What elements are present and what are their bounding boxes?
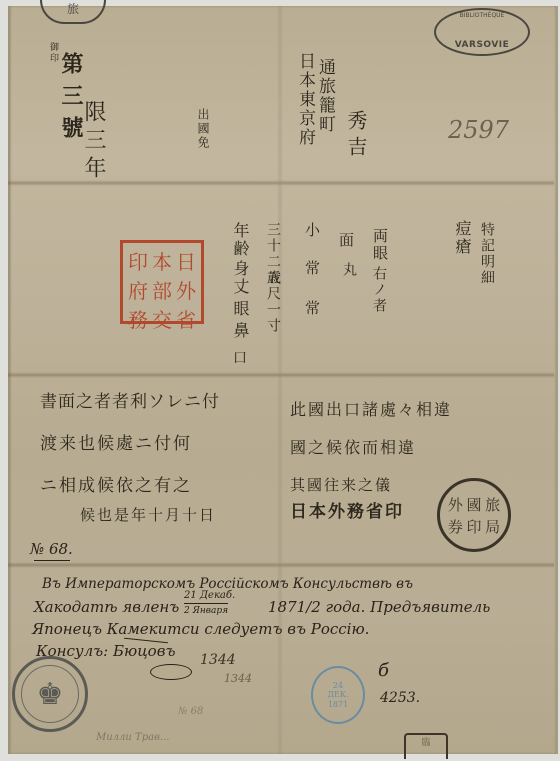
endorsement-line-3: Японецъ Камекитси следуетъ въ Россію.	[32, 620, 369, 638]
ink-number: 4253.	[380, 690, 420, 706]
age-label: 年齢	[232, 222, 248, 258]
library-oval-stamp: BIBLIOTHÈQUE VARSOVIE	[434, 8, 530, 56]
seal-char: 券	[446, 516, 465, 537]
box-stamp-text: 臨	[421, 738, 430, 748]
fold-line	[277, 6, 283, 754]
passport-number: 第三號	[60, 52, 82, 148]
double-headed-eagle-icon: ♚	[37, 677, 64, 712]
seal-char: 外	[174, 275, 198, 304]
validity-limit: 限三年	[82, 100, 104, 184]
seal-char: 務	[126, 304, 150, 333]
pencil-number-2: 1344	[224, 672, 252, 685]
mouth-value: 常	[304, 300, 319, 317]
body-line-7: 其國往来之儀	[290, 478, 392, 493]
date-fraction-bar	[184, 603, 228, 604]
height-label: 身丈	[232, 260, 248, 296]
endorsement-year: 1871/2 года. Предъявитель	[268, 598, 490, 616]
imperial-eagle-seal: ♚	[12, 656, 88, 732]
ink-mark: б	[378, 660, 389, 681]
seal-char: 旅	[483, 494, 502, 515]
oval-stamp-top-text: BIBLIOTHÈQUE	[436, 12, 528, 19]
address-line-2: 通旅籠町	[316, 58, 333, 134]
date-old-style: 21 Декаб.	[184, 590, 235, 601]
body-line-3: ニ相成候依之有之	[40, 478, 192, 495]
postmark-month: ДЕК.	[313, 690, 363, 700]
archive-number: 2597	[448, 116, 509, 144]
body-line-2: 渡来也候處ニ付何	[40, 436, 192, 453]
origin-text: 出國免	[197, 108, 209, 150]
seal-char: 外	[446, 494, 465, 515]
face-value: 丸	[342, 262, 356, 278]
seal-char: 印	[126, 246, 150, 275]
eye-note: 両眼	[372, 228, 387, 262]
mouth-label: 口	[232, 350, 246, 366]
seal-char: 本	[150, 246, 174, 275]
seal-char: 局	[483, 516, 502, 537]
remarks-line-2: 痘瘡	[454, 220, 470, 256]
eyes-label: 眼	[232, 300, 248, 318]
endorsement-line-2: Хакодатѣ явленъ	[34, 598, 179, 616]
seal-char: 省	[174, 304, 198, 333]
remarks-line-1: 右ノ者	[372, 266, 386, 314]
faint-mark: № 68	[178, 706, 203, 717]
oval-stamp-bottom-text: VARSOVIE	[436, 40, 528, 50]
address-line-1: 日本東京府	[296, 52, 313, 147]
seal-char: 國	[465, 494, 484, 515]
eyes-value: 小	[304, 222, 319, 241]
face-label: 面	[338, 232, 353, 249]
remarks-line-3: 特記明細	[480, 222, 494, 286]
body-line-5: 此國出口諸處々相違	[290, 402, 452, 418]
header-annotation: 御印	[48, 42, 57, 64]
postmark-day: 24	[313, 681, 363, 691]
passport-office-round-seal: 外 國 旅 券 印 局	[437, 478, 511, 552]
nose-label: 鼻	[232, 322, 248, 340]
height-value: 五尺一寸	[266, 270, 280, 334]
number-underline	[34, 560, 70, 561]
body-line-1: 書面之者者利ソレニ付	[40, 394, 220, 411]
seal-char: 印	[465, 516, 484, 537]
faint-pencil-note: Милли Трав...	[96, 732, 169, 743]
top-stamp-text: 旅	[67, 2, 79, 16]
nose-value: 常	[304, 260, 319, 277]
seal-char: 府	[126, 275, 150, 304]
foreign-ministry-red-seal: 印 本 日 府 部 外 務 交 省	[120, 240, 204, 324]
pencil-number-1: 1344	[200, 652, 236, 668]
postmark-stamp: 24 ДЕК. 1871	[311, 666, 365, 724]
small-box-stamp: 臨	[404, 733, 448, 759]
seal-char: 日	[174, 246, 198, 275]
body-line-4: 候也是年十月十日	[80, 508, 216, 523]
postmark-year: 1871	[313, 700, 363, 710]
issuing-office: 日本外務省印	[290, 504, 404, 521]
registration-number: № 68.	[30, 540, 73, 558]
body-line-6: 國之候依而相違	[290, 440, 416, 456]
signature-flourish	[150, 664, 192, 680]
bearer-name: 秀吉	[346, 110, 366, 162]
seal-char: 部	[150, 275, 174, 304]
date-new-style: 2 Января	[184, 606, 228, 616]
seal-char: 交	[150, 304, 174, 333]
